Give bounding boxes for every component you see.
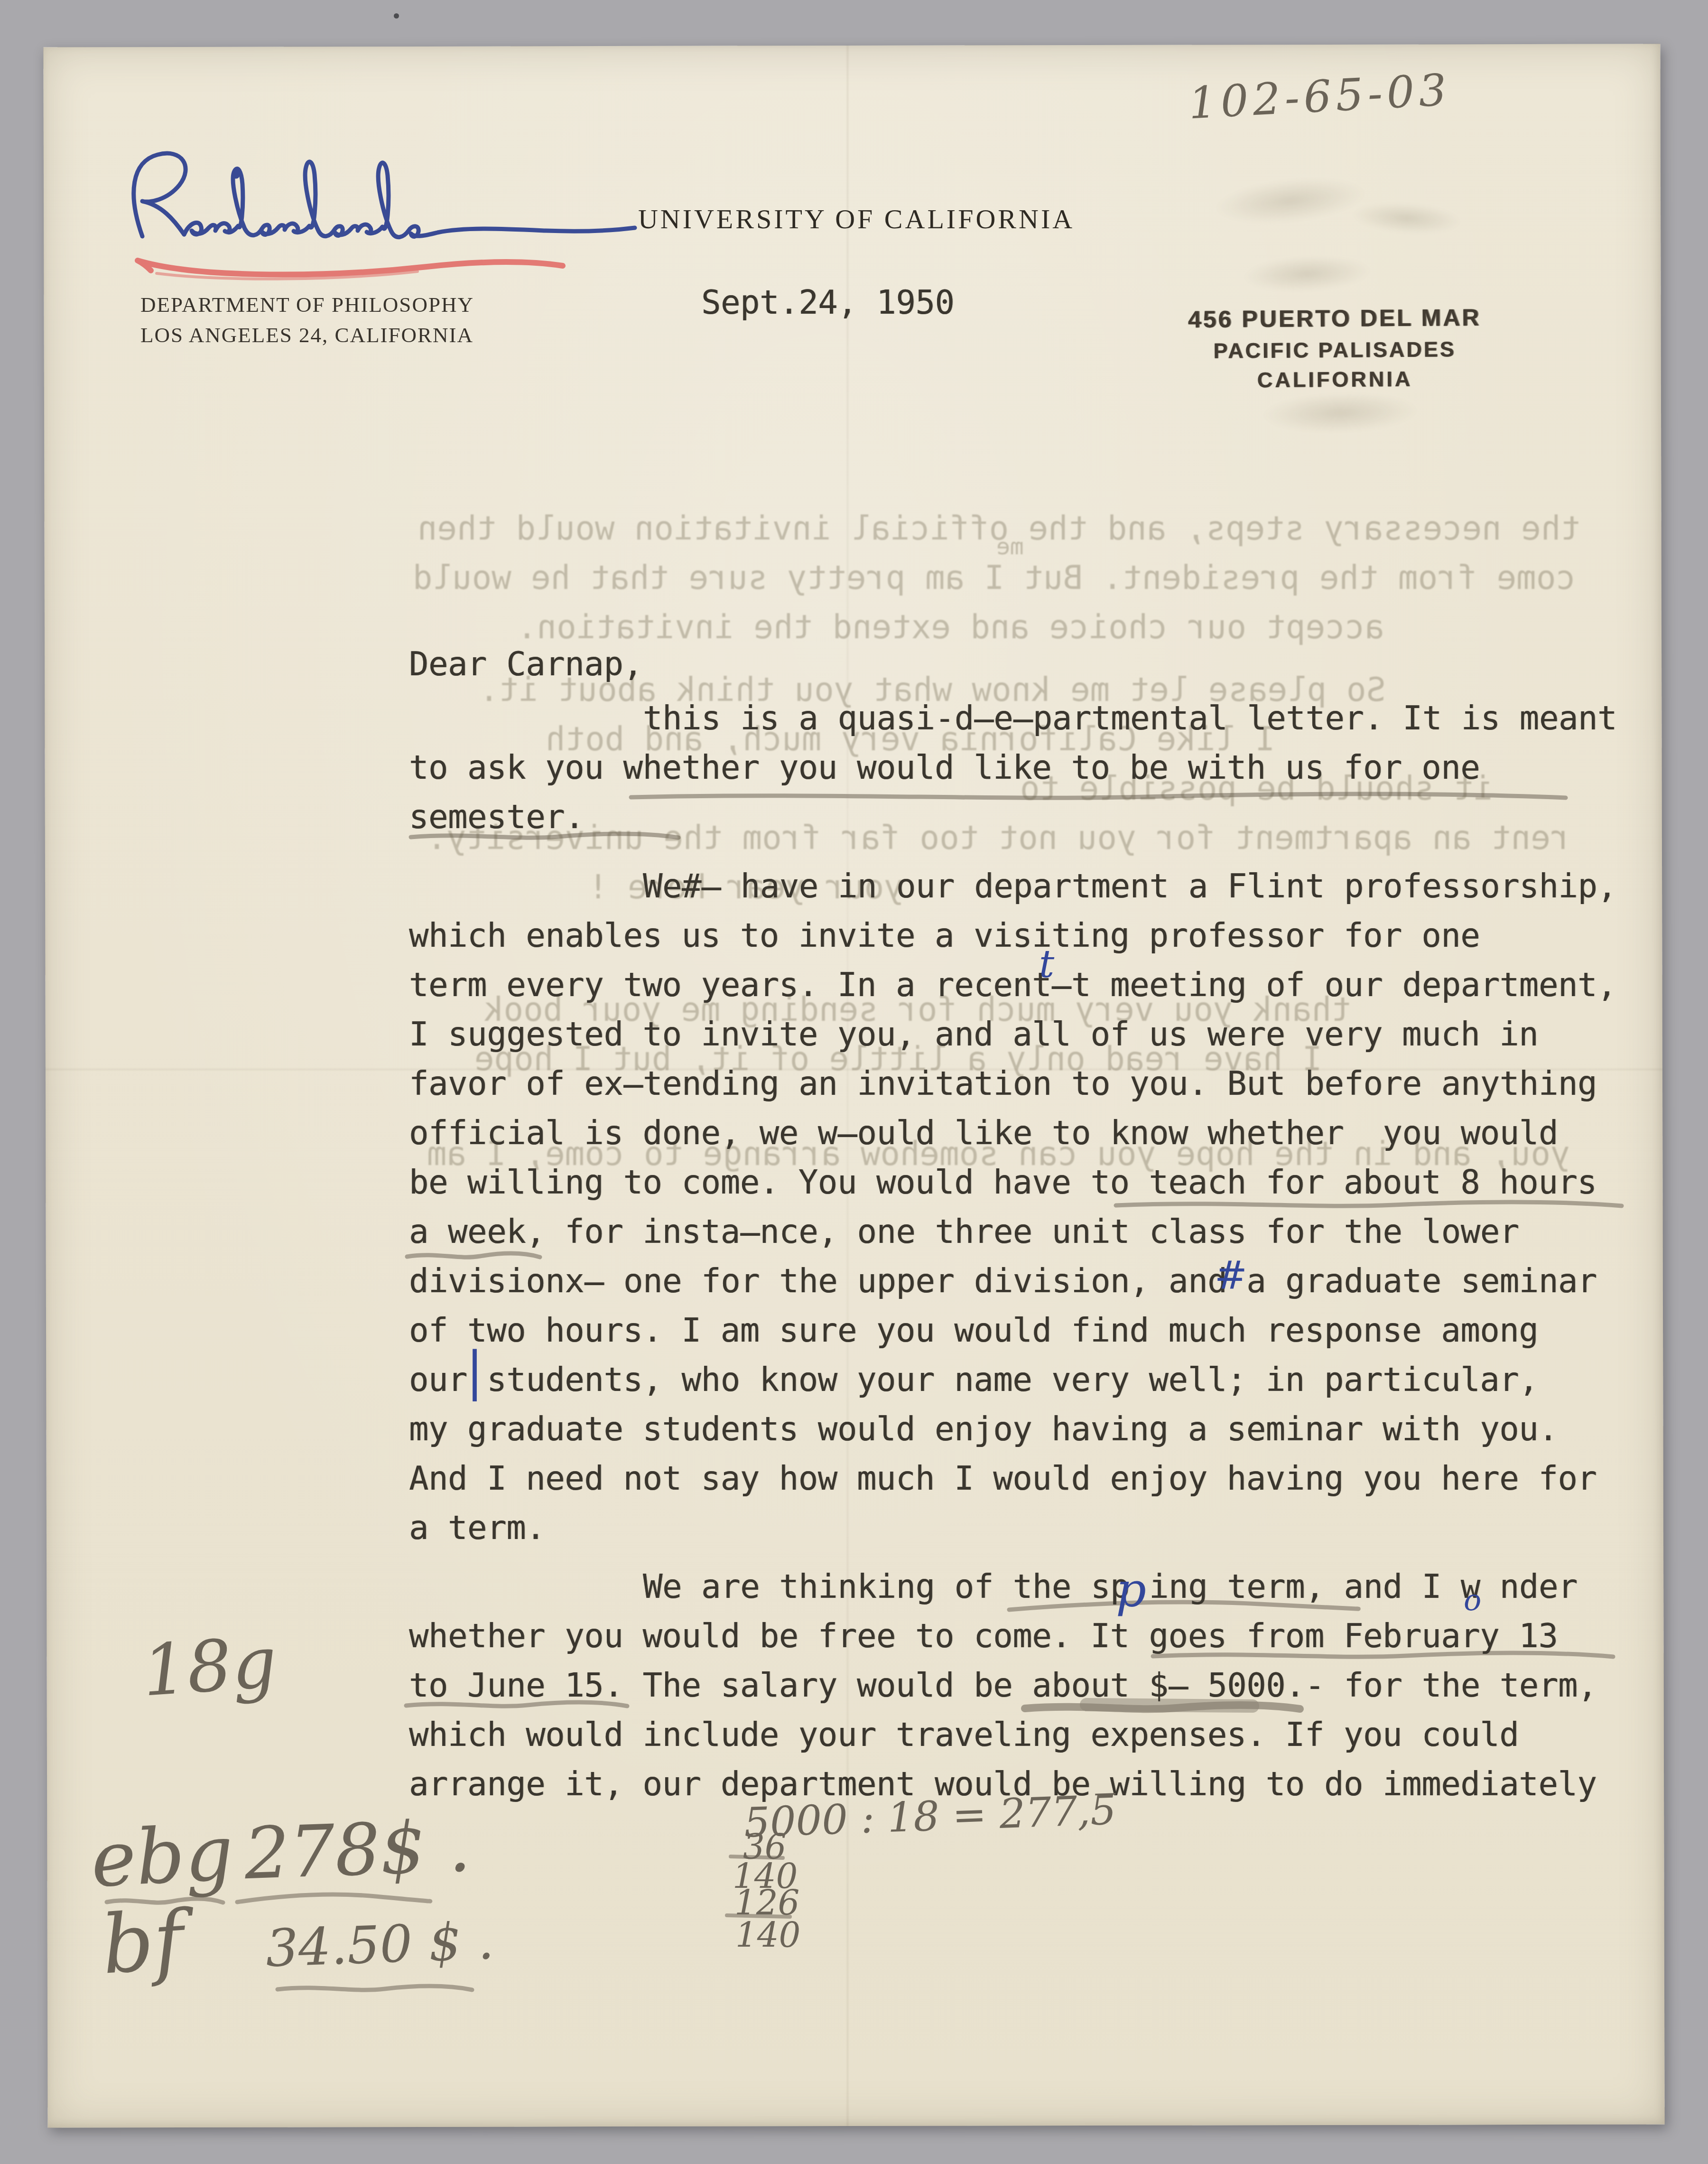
- ghost-line: accept our choice and extend the invitat…: [517, 611, 1384, 644]
- typed-line: our students, who know your name very we…: [409, 1364, 1538, 1397]
- typed-line: a week, for insta̶nce, one three unit cl…: [409, 1216, 1519, 1249]
- ink-correction: t: [1039, 947, 1054, 981]
- typed-line: be willing to come. You would have to te…: [409, 1166, 1597, 1199]
- stamp-state: CALIFORNIA: [1161, 366, 1508, 393]
- typed-line: this is a quasi-d̶e̶partmental letter. I…: [643, 702, 1617, 735]
- archive-number: 102-65-03: [1188, 68, 1452, 126]
- ink-correction: #: [1215, 1259, 1247, 1294]
- smudge-stain: [1262, 390, 1420, 435]
- typed-line: I suggested to invite you, and all of us…: [409, 1018, 1538, 1051]
- pencil-note: 278$ .: [243, 1813, 472, 1888]
- typed-line: whether you would be free to come. It go…: [409, 1620, 1558, 1653]
- typed-line: semester.: [409, 801, 584, 834]
- typed-line: favor of ex̶tending an invitation to you…: [409, 1068, 1597, 1101]
- typed-line: to June 15. The salary would be about $̶…: [409, 1670, 1597, 1702]
- stamp-street: 456 PUERTO DEL MAR: [1161, 303, 1507, 333]
- typed-line: my graduate students would enjoy having …: [409, 1413, 1558, 1446]
- typed-line: term every two years. In a recent̶t meet…: [409, 969, 1616, 1002]
- ghost-line: rent an apartment for you not too far fr…: [427, 822, 1570, 855]
- stamp-city: PACIFIC PALISADES: [1161, 336, 1508, 364]
- ghost-line: come from the president. But I am pretty…: [413, 562, 1576, 595]
- typed-line: which enables us to invite a visiting pr…: [409, 920, 1480, 952]
- typed-line: a term.: [409, 1512, 545, 1545]
- smudge-stain: [1242, 253, 1372, 295]
- address-stamp: 456 PUERTO DEL MAR PACIFIC PALISADES CAL…: [1161, 303, 1508, 393]
- typed-line: official is done, we w̶ould like to know…: [409, 1117, 1558, 1150]
- typed-line: divisionx̶ one for the upper division, a…: [409, 1265, 1597, 1298]
- pencil-note: 18g: [140, 1629, 278, 1705]
- ghost-line: me: [996, 535, 1024, 558]
- typed-line: which would include your traveling expen…: [409, 1719, 1519, 1752]
- department-address-line: LOS ANGELES 24, CALIFORNIA: [140, 323, 473, 347]
- scanned-letter-screenshot: 102-65-03 UNIVERSITY OF CALIFORNIA DEPAR…: [0, 0, 1708, 2164]
- letter-date: Sept.24, 1950: [701, 287, 955, 319]
- ink-correction: o: [1464, 1587, 1481, 1614]
- typed-line: We#̶ have in our department a Flint prof…: [643, 870, 1617, 903]
- pencil-note: bf: [100, 1902, 186, 1984]
- typed-line: to ask you whether you would like to be …: [409, 752, 1480, 784]
- typed-line: Dear Carnap,: [409, 648, 643, 681]
- typed-line: We are thinking of the sp ing term, and …: [643, 1571, 1578, 1604]
- pencil-note: ebg: [89, 1817, 235, 1896]
- pencil-note: 5000 : 18 = 277,5̅: [743, 1791, 1117, 1843]
- pencil-note: 126: [734, 1887, 799, 1919]
- scan-dust-speck: [394, 13, 399, 19]
- department-line: DEPARTMENT OF PHILOSOPHY: [140, 292, 474, 317]
- ink-correction: |: [466, 1348, 483, 1395]
- typed-line: And I need not say how much I would enjo…: [409, 1463, 1597, 1495]
- ink-correction: p: [1116, 1569, 1146, 1612]
- pencil-note: 140: [735, 1919, 800, 1951]
- typed-line: of two hours. I am sure you would find m…: [409, 1315, 1538, 1347]
- university-title: UNIVERSITY OF CALIFORNIA: [610, 203, 1103, 235]
- pencil-note: 34.50 $ .: [265, 1917, 494, 1974]
